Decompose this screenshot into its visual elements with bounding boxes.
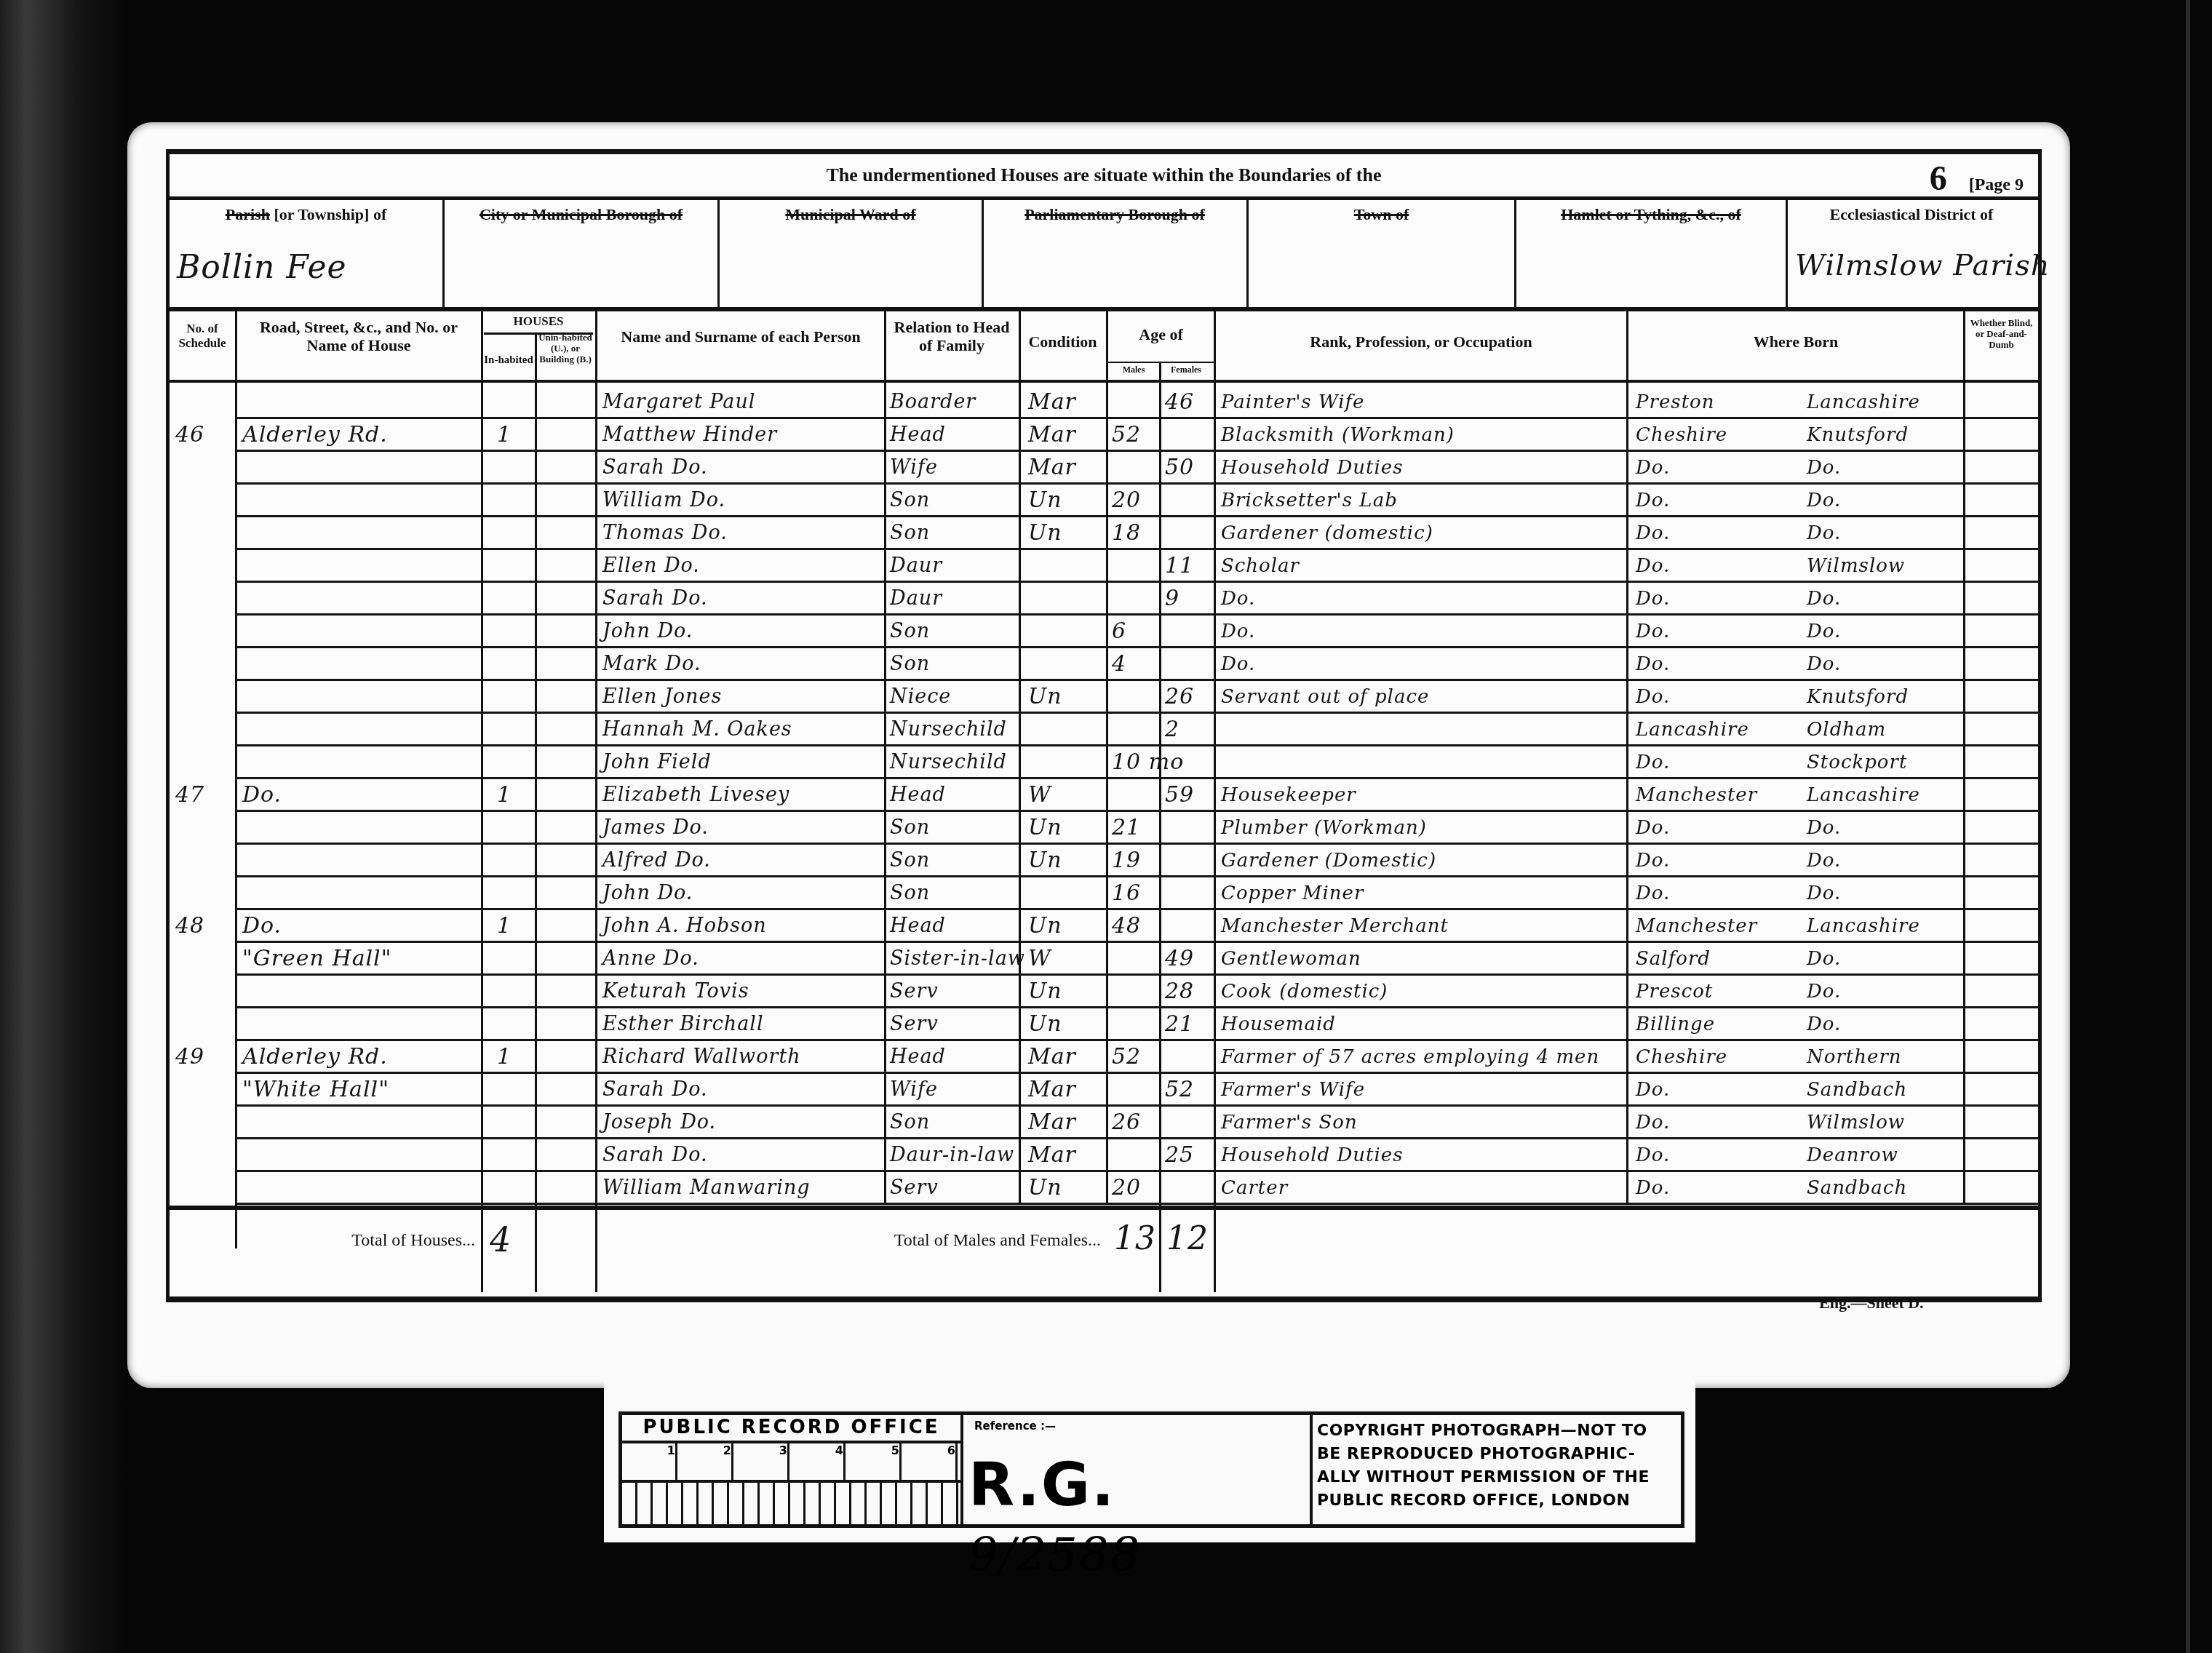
row-female-age: 49 xyxy=(1165,942,1194,976)
row-born-place: Do. xyxy=(1807,582,1841,616)
row-born-county: Manchester xyxy=(1636,909,1757,943)
row-born-place: Do. xyxy=(1807,844,1841,877)
row-name: Anne Do. xyxy=(602,942,699,976)
ecclesiastical-district-value: Wilmslow Parish xyxy=(1795,249,2050,282)
table-row: 48Do.1John A. HobsonHeadUn48Manchester M… xyxy=(170,909,2038,943)
row-born-place: Do. xyxy=(1807,615,1841,648)
row-relation: Wife xyxy=(890,1073,938,1107)
row-name: Sarah Do. xyxy=(602,582,708,616)
table-row: John Do.Son16Copper MinerDo.Do. xyxy=(170,877,2038,910)
row-name: Margaret Paul xyxy=(602,386,755,419)
row-relation: Son xyxy=(890,648,930,681)
total-persons-label: Total of Males and Females... xyxy=(824,1231,1101,1251)
copyright-line: COPYRIGHT PHOTOGRAPH—NOT TO xyxy=(1317,1419,1674,1443)
divider xyxy=(170,307,2038,311)
row-born-county: Billinge xyxy=(1636,1008,1715,1041)
table-row: Margaret PaulBoarderMar46Painter's WifeP… xyxy=(170,386,2038,419)
table-row: Keturah TovisServUn28Cook (domestic)Pres… xyxy=(170,975,2038,1008)
row-female-age: 21 xyxy=(1165,1008,1194,1041)
col-head-uninhabited: Unin-habited (U.), or Building (B.) xyxy=(537,332,594,365)
ruler-mark: 5 xyxy=(846,1443,902,1480)
table-row: Sarah Do.WifeMar50Household DutiesDo.Do. xyxy=(170,451,2038,485)
row-male-age: 4 xyxy=(1112,648,1126,681)
row-relation: Daur xyxy=(890,582,942,616)
table-row: John Do.Son6Do.Do.Do. xyxy=(170,615,2038,648)
boundary-municipal-borough: City or Municipal Borough of xyxy=(445,198,717,307)
row-born-county: Cheshire xyxy=(1636,1040,1727,1074)
row-occupation: Gentlewoman xyxy=(1221,942,1361,976)
row-male-age: 6 xyxy=(1112,615,1126,648)
divider xyxy=(170,1206,2038,1210)
row-occupation: Cook (domestic) xyxy=(1221,975,1388,1008)
row-female-age: 26 xyxy=(1165,680,1194,714)
row-name: Mark Do. xyxy=(602,648,701,681)
row-male-age: 19 xyxy=(1112,844,1141,877)
copyright-line: ALLY WITHOUT PERMISSION OF THE xyxy=(1317,1466,1674,1489)
row-road: "White Hall" xyxy=(242,1073,389,1107)
row-occupation: Gardener (domestic) xyxy=(1221,517,1433,550)
col-head-road: Road, Street, &c., and No. or Name of Ho… xyxy=(239,318,479,355)
row-name: Sarah Do. xyxy=(602,1139,708,1172)
row-schedule: 48 xyxy=(175,909,204,943)
row-relation: Son xyxy=(890,877,930,910)
table-row: William ManwaringServUn20CarterDo.Sandba… xyxy=(170,1171,2038,1205)
row-occupation: Manchester Merchant xyxy=(1221,909,1449,943)
divider xyxy=(484,332,593,335)
col-head-females: Females xyxy=(1161,365,1212,375)
row-occupation: Farmer's Son xyxy=(1221,1106,1358,1139)
row-name: John A. Hobson xyxy=(602,909,767,943)
col-head-name: Name and Surname of each Person xyxy=(599,327,883,346)
table-row: "White Hall"Sarah Do.WifeMar52Farmer's W… xyxy=(170,1073,2038,1107)
parish-value: Bollin Fee xyxy=(177,249,347,286)
row-relation: Son xyxy=(890,517,930,550)
table-row: Ellen Do.Daur11ScholarDo.Wilmslow xyxy=(170,549,2038,583)
col-head-schedule: No. of Schedule xyxy=(170,322,235,350)
stamp-box: PUBLIC RECORD OFFICE 1 2 3 4 5 6 Referen… xyxy=(618,1411,1684,1528)
col-head-houses: HOUSES xyxy=(484,314,593,329)
row-condition: Mar xyxy=(1028,1073,1076,1107)
row-condition: Un xyxy=(1028,680,1062,714)
table-row: Sarah Do.Daur-in-lawMar25Household Dutie… xyxy=(170,1139,2038,1172)
page-number: 6 [Page 9 xyxy=(1930,159,2024,199)
total-houses-value: 4 xyxy=(490,1220,512,1259)
row-female-age: 59 xyxy=(1165,778,1194,812)
row-born-place: Deanrow xyxy=(1807,1139,1898,1172)
row-born-county: Do. xyxy=(1636,1106,1670,1139)
row-born-county: Prescot xyxy=(1636,975,1713,1008)
reference-label: Reference :— xyxy=(974,1419,1056,1433)
row-born-county: Do. xyxy=(1636,549,1670,583)
row-female-age: 25 xyxy=(1165,1139,1194,1172)
total-females-value: 12 xyxy=(1166,1220,1209,1257)
row-born-place: Stockport xyxy=(1807,746,1907,779)
copyright-line: PUBLIC RECORD OFFICE, LONDON xyxy=(1317,1489,1674,1513)
col-head-age: Age of xyxy=(1108,325,1214,343)
row-occupation: Gardener (Domestic) xyxy=(1221,844,1436,877)
row-born-place: Do. xyxy=(1807,484,1841,517)
row-condition: Un xyxy=(1028,517,1062,550)
scan-right-edge xyxy=(2186,0,2190,1653)
row-occupation: Farmer's Wife xyxy=(1221,1073,1365,1107)
row-relation: Nursechild xyxy=(890,713,1007,746)
row-schedule: 47 xyxy=(175,778,204,812)
row-schedule: 46 xyxy=(175,418,204,452)
row-born-place: Do. xyxy=(1807,517,1841,550)
row-relation: Niece xyxy=(890,680,951,714)
scale-ruler: 1 2 3 4 5 6 xyxy=(622,1443,963,1524)
row-male-age: 10 mo xyxy=(1112,746,1184,779)
census-enumeration-form: The undermentioned Houses are situate wi… xyxy=(166,149,2042,1302)
boundary-label-struck: City or Municipal Borough of xyxy=(445,198,717,223)
row-born-county: Manchester xyxy=(1636,778,1757,812)
row-condition: Un xyxy=(1028,909,1062,943)
row-born-place: Northern xyxy=(1807,1040,1902,1074)
row-divider xyxy=(236,1203,2038,1205)
row-born-county: Do. xyxy=(1636,746,1670,779)
row-born-county: Do. xyxy=(1636,582,1670,616)
col-head-inhabited: In-habited xyxy=(484,340,533,367)
row-name: Ellen Jones xyxy=(602,680,722,714)
row-born-place: Do. xyxy=(1807,877,1841,910)
boundary-label-struck: Hamlet or Tything, &c., of xyxy=(1516,198,1786,223)
row-male-age: 52 xyxy=(1112,418,1141,452)
row-occupation: Blacksmith (Workman) xyxy=(1221,418,1455,452)
row-born-county: Do. xyxy=(1636,517,1670,550)
row-born-place: Do. xyxy=(1807,451,1841,485)
page-label: [Page 9 xyxy=(1969,175,2024,194)
table-row: Hannah M. OakesNursechild2LancashireOldh… xyxy=(170,713,2038,746)
row-relation: Son xyxy=(890,844,930,877)
form-title: The undermentioned Houses are situate wi… xyxy=(170,164,2038,186)
row-occupation: Painter's Wife xyxy=(1221,386,1365,419)
row-name: John Do. xyxy=(602,877,693,910)
row-name: Richard Wallworth xyxy=(602,1040,801,1074)
row-born-county: Do. xyxy=(1636,1073,1670,1107)
boundary-parish: Parish [or Township] of Bollin Fee xyxy=(170,198,442,307)
row-female-age: 50 xyxy=(1165,451,1194,485)
row-occupation: Do. xyxy=(1221,615,1255,648)
row-female-age: 11 xyxy=(1165,549,1194,583)
row-born-county: Do. xyxy=(1636,451,1670,485)
row-born-place: Lancashire xyxy=(1807,778,1920,812)
col-head-relation: Relation to Head of Family xyxy=(886,318,1017,355)
row-occupation: Household Duties xyxy=(1221,451,1404,485)
row-inhabited: 1 xyxy=(497,1040,512,1074)
row-born-place: Wilmslow xyxy=(1807,1106,1905,1139)
table-row: Joseph Do.SonMar26Farmer's SonDo.Wilmslo… xyxy=(170,1106,2038,1139)
row-condition: Un xyxy=(1028,975,1062,1008)
folio-number: 6 xyxy=(1930,159,1947,198)
row-relation: Head xyxy=(890,909,946,943)
ruler-mark: 4 xyxy=(790,1443,846,1480)
row-born-county: Do. xyxy=(1636,1171,1670,1205)
row-road: Do. xyxy=(242,909,282,943)
ruler-ticks xyxy=(622,1483,960,1524)
col-head-where-born: Where Born xyxy=(1628,332,1963,351)
row-road: Do. xyxy=(242,778,282,812)
row-name: Hannah M. Oakes xyxy=(602,713,792,746)
copyright-line: BE REPRODUCED PHOTOGRAPHIC- xyxy=(1317,1443,1674,1466)
row-born-place: Do. xyxy=(1807,648,1841,681)
table-row: 47Do.1Elizabeth LiveseyHeadW59Housekeepe… xyxy=(170,778,2038,812)
row-born-county: Do. xyxy=(1636,680,1670,714)
row-schedule: 49 xyxy=(175,1040,204,1074)
reference-prefix: R.G. xyxy=(968,1451,1115,1520)
row-male-age: 21 xyxy=(1112,811,1141,845)
row-road: Alderley Rd. xyxy=(242,418,388,452)
row-born-place: Do. xyxy=(1807,811,1841,845)
row-name: William Do. xyxy=(602,484,725,517)
total-houses-label: Total of Houses... xyxy=(279,1231,475,1251)
reference-number: 9/2588 xyxy=(968,1529,1141,1582)
row-male-age: 20 xyxy=(1112,484,1141,517)
row-born-county: Do. xyxy=(1636,648,1670,681)
row-occupation: Do. xyxy=(1221,582,1255,616)
row-born-place: Wilmslow xyxy=(1807,549,1905,583)
row-born-county: Do. xyxy=(1636,484,1670,517)
row-condition: Mar xyxy=(1028,1106,1076,1139)
row-occupation: Scholar xyxy=(1221,549,1300,583)
row-condition: Mar xyxy=(1028,418,1076,452)
row-condition: Un xyxy=(1028,844,1062,877)
row-relation: Son xyxy=(890,811,930,845)
table-row: Mark Do.Son4Do.Do.Do. xyxy=(170,648,2038,681)
row-born-place: Sandbach xyxy=(1807,1171,1907,1205)
row-occupation: Bricksetter's Lab xyxy=(1221,484,1398,517)
row-male-age: 16 xyxy=(1112,877,1141,910)
row-born-place: Lancashire xyxy=(1807,909,1920,943)
row-road: Alderley Rd. xyxy=(242,1040,388,1074)
scan-left-margin-shadow xyxy=(0,0,131,1653)
row-relation: Serv xyxy=(890,1008,939,1041)
public-record-office-stamp: PUBLIC RECORD OFFICE 1 2 3 4 5 6 Referen… xyxy=(604,1379,1695,1542)
row-female-age: 28 xyxy=(1165,975,1194,1008)
row-born-place: Do. xyxy=(1807,942,1841,976)
row-female-age: 52 xyxy=(1165,1073,1194,1107)
row-occupation: Household Duties xyxy=(1221,1139,1404,1172)
row-name: Ellen Do. xyxy=(602,549,700,583)
ruler-mark: 2 xyxy=(678,1443,733,1480)
boundary-label-struck: Parliamentary Borough of xyxy=(984,198,1246,223)
row-male-age: 20 xyxy=(1112,1171,1141,1205)
row-relation: Head xyxy=(890,418,946,452)
row-born-county: Do. xyxy=(1636,877,1670,910)
boundary-label: [or Township] of xyxy=(274,205,386,223)
row-condition: Un xyxy=(1028,484,1062,517)
sheet-note: Eng.—Sheet D. xyxy=(1819,1294,1924,1313)
table-row: Ellen JonesNieceUn26Servant out of place… xyxy=(170,680,2038,714)
boundary-label-struck: Town of xyxy=(1249,198,1514,223)
row-occupation: Servant out of place xyxy=(1221,680,1429,714)
row-condition: Un xyxy=(1028,811,1062,845)
row-occupation: Housekeeper xyxy=(1221,778,1356,812)
row-born-county: Do. xyxy=(1636,844,1670,877)
copyright-notice: COPYRIGHT PHOTOGRAPH—NOT TO BE REPRODUCE… xyxy=(1317,1419,1674,1513)
row-condition: W xyxy=(1028,778,1051,812)
row-relation: Head xyxy=(890,1040,946,1074)
row-occupation: Do. xyxy=(1221,648,1255,681)
row-name: William Manwaring xyxy=(602,1171,811,1205)
row-relation: Son xyxy=(890,484,930,517)
row-name: Sarah Do. xyxy=(602,451,708,485)
row-female-age: 46 xyxy=(1165,386,1194,419)
col-head-occupation: Rank, Profession, or Occupation xyxy=(1217,332,1625,351)
boundary-hamlet: Hamlet or Tything, &c., of xyxy=(1516,198,1786,307)
reference-value: R.G. 9/2588 xyxy=(968,1453,1310,1588)
col-head-blind-deaf: Whether Blind, or Deaf-and-Dumb xyxy=(1967,318,2036,351)
row-born-place: Do. xyxy=(1807,1008,1841,1041)
ruler-mark: 6 xyxy=(902,1443,958,1480)
row-name: Joseph Do. xyxy=(602,1106,716,1139)
row-name: Elizabeth Livesey xyxy=(602,778,789,812)
row-inhabited: 1 xyxy=(497,778,512,812)
row-occupation: Farmer of 57 acres employing 4 men xyxy=(1221,1040,1599,1074)
ruler-mark: 1 xyxy=(622,1443,677,1480)
row-occupation: Plumber (Workman) xyxy=(1221,811,1427,845)
row-relation: Son xyxy=(890,615,930,648)
row-condition: Un xyxy=(1028,1171,1062,1205)
total-males-value: 13 xyxy=(1114,1220,1156,1257)
row-name: Keturah Tovis xyxy=(602,975,749,1008)
row-name: John Field xyxy=(602,746,712,779)
row-inhabited: 1 xyxy=(497,418,512,452)
boundary-parliamentary-borough: Parliamentary Borough of xyxy=(984,198,1246,307)
row-born-place: Knutsford xyxy=(1807,418,1909,452)
row-relation: Wife xyxy=(890,451,938,485)
row-condition: Mar xyxy=(1028,386,1076,419)
table-row: "Green Hall"Anne Do.Sister-in-lawW49Gent… xyxy=(170,942,2038,976)
row-male-age: 26 xyxy=(1112,1106,1141,1139)
row-born-place: Lancashire xyxy=(1807,386,1920,419)
row-relation: Sister-in-law xyxy=(890,942,1025,976)
table-row: William Do.SonUn20Bricksetter's LabDo.Do… xyxy=(170,484,2038,517)
row-female-age: 9 xyxy=(1165,582,1179,616)
row-relation: Daur xyxy=(890,549,942,583)
table-row: 49Alderley Rd.1Richard WallworthHeadMar5… xyxy=(170,1040,2038,1074)
row-name: Matthew Hinder xyxy=(602,418,777,452)
row-relation: Son xyxy=(890,1106,930,1139)
row-name: John Do. xyxy=(602,615,693,648)
row-relation: Serv xyxy=(890,1171,939,1205)
row-born-place: Knutsford xyxy=(1807,680,1909,714)
row-name: Alfred Do. xyxy=(602,844,711,877)
row-born-county: Cheshire xyxy=(1636,418,1727,452)
row-relation: Head xyxy=(890,778,946,812)
row-name: Sarah Do. xyxy=(602,1073,708,1107)
row-born-county: Lancashire xyxy=(1636,713,1749,746)
table-row: Esther BirchallServUn21HousemaidBillinge… xyxy=(170,1008,2038,1041)
row-condition: Un xyxy=(1028,1008,1062,1041)
reference-area: Reference :— R.G. 9/2588 xyxy=(964,1415,1313,1524)
row-condition: Mar xyxy=(1028,1040,1076,1074)
row-relation: Nursechild xyxy=(890,746,1007,779)
row-relation: Daur-in-law xyxy=(890,1139,1014,1172)
row-occupation: Copper Miner xyxy=(1221,877,1364,910)
row-name: Esther Birchall xyxy=(602,1008,764,1041)
row-relation: Boarder xyxy=(890,386,976,419)
row-condition: Mar xyxy=(1028,451,1076,485)
row-born-county: Do. xyxy=(1636,811,1670,845)
col-head-condition: Condition xyxy=(1021,332,1105,351)
table-row: Thomas Do.SonUn18Gardener (domestic)Do.D… xyxy=(170,517,2038,550)
row-condition: Mar xyxy=(1028,1139,1076,1172)
boundary-ecclesiastical-district: Ecclesiastical District of Wilmslow Pari… xyxy=(1788,198,2035,307)
row-condition: W xyxy=(1028,942,1051,976)
row-born-county: Salford xyxy=(1636,942,1711,976)
ruler-mark: 3 xyxy=(734,1443,789,1480)
row-born-place: Oldham xyxy=(1807,713,1886,746)
boundary-label-struck: Municipal Ward of xyxy=(720,198,982,223)
row-born-county: Do. xyxy=(1636,615,1670,648)
row-born-place: Do. xyxy=(1807,975,1841,1008)
boundary-label-struck: Parish xyxy=(226,205,270,223)
row-name: James Do. xyxy=(602,811,709,845)
row-occupation: Housemaid xyxy=(1221,1008,1336,1041)
stamp-office-name: PUBLIC RECORD OFFICE xyxy=(622,1415,963,1443)
table-row: John FieldNursechild10 moDo.Stockport xyxy=(170,746,2038,779)
divider xyxy=(170,380,2038,383)
row-female-age: 2 xyxy=(1165,713,1179,746)
row-occupation: Carter xyxy=(1221,1171,1288,1205)
row-born-county: Preston xyxy=(1636,386,1715,419)
table-row: Alfred Do.SonUn19Gardener (Domestic)Do.D… xyxy=(170,844,2038,877)
row-male-age: 48 xyxy=(1112,909,1141,943)
row-male-age: 18 xyxy=(1112,517,1141,550)
row-inhabited: 1 xyxy=(497,909,512,943)
table-row: James Do.SonUn21Plumber (Workman)Do.Do. xyxy=(170,811,2038,845)
boundary-label: Ecclesiastical District of xyxy=(1788,198,2035,223)
row-born-county: Do. xyxy=(1636,1139,1670,1172)
row-born-place: Sandbach xyxy=(1807,1073,1907,1107)
row-relation: Serv xyxy=(890,975,939,1008)
boundary-municipal-ward: Municipal Ward of xyxy=(720,198,982,307)
row-name: Thomas Do. xyxy=(602,517,728,550)
row-male-age: 52 xyxy=(1112,1040,1141,1074)
table-row: 46Alderley Rd.1Matthew HinderHeadMar52Bl… xyxy=(170,418,2038,452)
boundary-town: Town of xyxy=(1249,198,1514,307)
col-head-males: Males xyxy=(1108,365,1159,375)
table-row: Sarah Do.Daur9Do.Do.Do. xyxy=(170,582,2038,616)
row-road: "Green Hall" xyxy=(242,942,392,976)
